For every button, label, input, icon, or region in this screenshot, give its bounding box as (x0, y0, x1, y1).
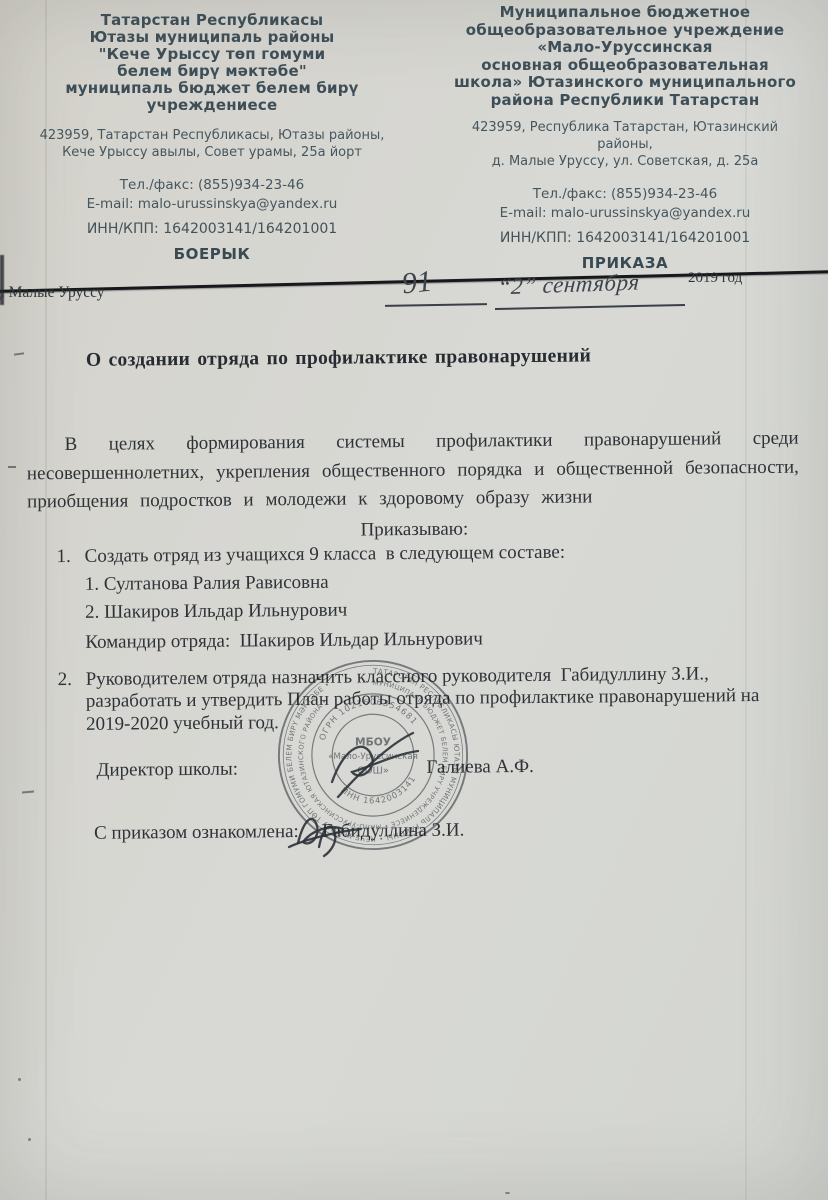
scan-speck (505, 1192, 510, 1194)
squad-member: 1. Султанова Ралия Рависовна (85, 572, 329, 596)
scan-speck (28, 1138, 31, 1141)
order-title: О создании отряда по профилактике правон… (86, 345, 591, 371)
stamp-center-abbr: МБОУ (355, 735, 391, 748)
stamp-center-name: «Мало-Уруссинская (328, 752, 418, 762)
list-number: 1. (57, 546, 71, 568)
order-body: О создании отряда по профилактике правон… (0, 0, 828, 1200)
scan-speck (8, 466, 16, 468)
preamble-paragraph: В целях формирования системы профилактик… (27, 425, 800, 517)
svg-text:ИНН 1642003141: ИНН 1642003141 (338, 772, 421, 812)
acknowledged-label: С приказом ознакомлена: (94, 821, 299, 845)
document-page: Татарстан Республикасы Ютазы муниципаль … (0, 0, 828, 1200)
order-word: Приказываю: (0, 515, 828, 544)
round-stamp: ТАТАРСТАН РЕСПУБЛИКАСЫ ЮТАЗЫ МУНИЦИПАЛЬ … (276, 658, 470, 852)
stamp-center-abbr2: ООШ» (357, 765, 389, 776)
director-label: Директор школы: (96, 759, 238, 782)
list-number: 2. (58, 669, 72, 691)
scan-speck (18, 1078, 21, 1081)
list-item-create-squad: Создать отряд из учащихся 9 класса в сле… (85, 542, 566, 568)
squad-member: 2. Шакиров Ильдар Ильнурович (85, 600, 347, 624)
commander-line: Командир отряда: Шакиров Ильдар Ильнуров… (85, 628, 483, 653)
